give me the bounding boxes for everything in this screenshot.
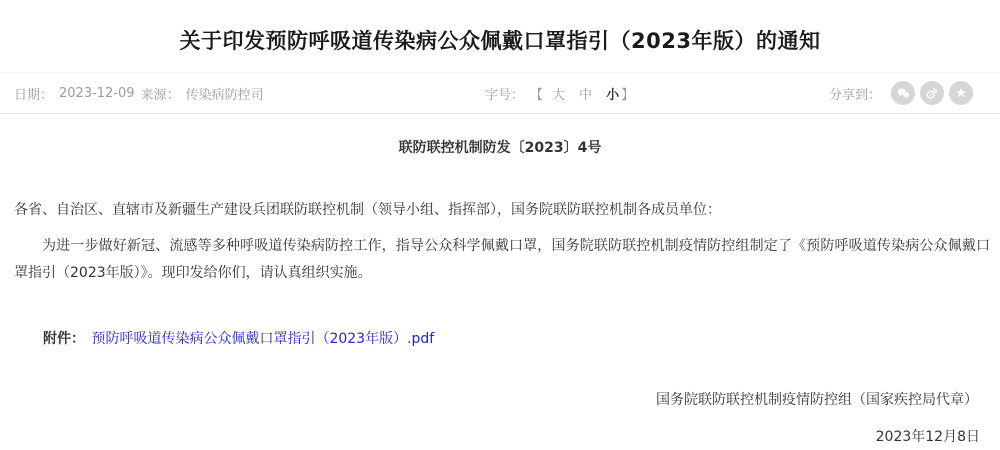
meta-bar: 日期： 2023-12-09 来源： 传染病防控司 字号： 【 大 中 小 】 … (0, 72, 1000, 114)
date-label: 日期： (14, 84, 53, 103)
source-label: 来源： (141, 84, 180, 103)
page-title: 关于印发预防呼吸道传染病公众佩戴口罩指引（2023年版）的通知 (0, 25, 1000, 55)
signature-line: 国务院联防联控机制疫情防控组（国家疾控局代章） (656, 389, 978, 409)
font-size-label: 字号： (485, 84, 524, 103)
font-size-small-button[interactable]: 小 (606, 84, 619, 103)
attachment-line: 附件： 预防呼吸道传染病公众佩戴口罩指引（2023年版）.pdf (43, 328, 434, 348)
addressee-line: 各省、自治区、直辖市及新疆生产建设兵团联防联控机制（领导小组、指挥部），国务院联… (14, 199, 990, 221)
source-value: 传染病防控司 (186, 84, 264, 103)
weibo-share-icon[interactable] (920, 81, 944, 105)
attachment-pdf-link[interactable]: 预防呼吸道传染病公众佩戴口罩指引（2023年版）.pdf (91, 331, 434, 347)
bracket-close: 】 (621, 84, 634, 103)
meta-info: 日期： 2023-12-09 来源： 传染病防控司 (14, 73, 270, 113)
document-number: 联防联控机制防发〔2023〕4号 (0, 137, 1000, 157)
qzone-star-share-icon[interactable]: ★ (949, 81, 973, 105)
font-size-large-button[interactable]: 大 (552, 84, 565, 103)
wechat-share-icon[interactable] (891, 81, 915, 105)
font-size-control: 字号： 【 大 中 小 】 (485, 73, 636, 113)
signature-date: 2023年12月8日 (876, 426, 980, 446)
share-label: 分享到： (829, 84, 881, 103)
body-paragraph: 为进一步做好新冠、流感等多种呼吸道传染病防控工作，指导公众科学佩戴口罩，国务院联… (14, 233, 990, 287)
date-value: 2023-12-09 (59, 86, 135, 101)
star-icon: ★ (955, 87, 967, 100)
share-group: 分享到： ★ (829, 73, 973, 113)
font-size-medium-button[interactable]: 中 (579, 84, 592, 103)
bracket-open: 【 (530, 84, 543, 103)
attachment-label: 附件： (43, 331, 85, 347)
